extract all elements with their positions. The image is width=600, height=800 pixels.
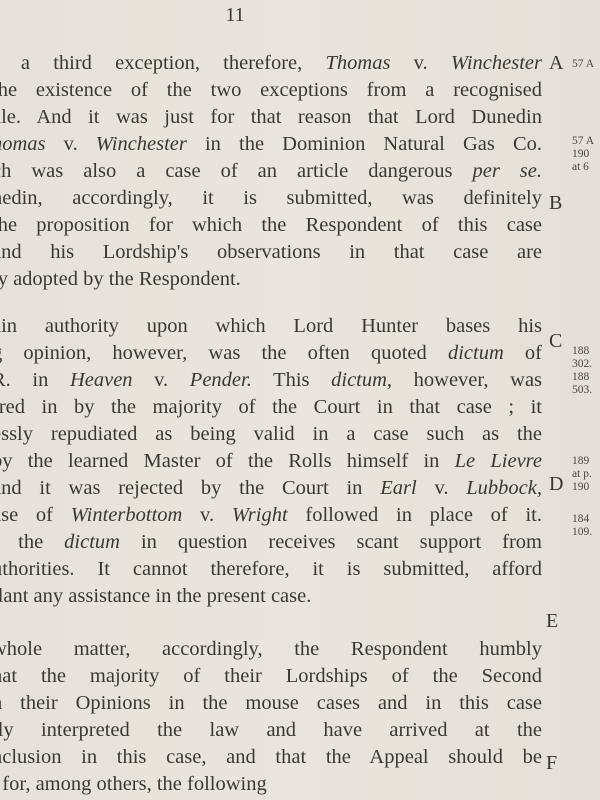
text-line: whole matter, accordingly, the Responden… — [0, 636, 542, 663]
text-run: , for, among others, the following — [0, 773, 267, 795]
case-name-italic: Thomas — [325, 52, 390, 74]
case-name-italic: Winterbottom — [71, 504, 183, 526]
text-line: g opinion, however, was the often quoted… — [0, 340, 542, 367]
case-name-italic: per se. — [472, 160, 542, 182]
case-name-italic: Heaven — [70, 369, 133, 391]
text-line: and it was rejected by the Court in Earl… — [0, 475, 542, 502]
text-line: ase of Winterbottom v. Wright followed i… — [0, 502, 542, 529]
text-run: in the Dominion Natural Gas Co. — [187, 133, 542, 155]
text-line: uthorities. It cannot therefore, it is s… — [0, 556, 542, 583]
text-line: hat the majority of their Lordships of t… — [0, 663, 542, 690]
text-line: ch was also a case of an article dangero… — [0, 158, 542, 185]
text-line: ly adopted by the Respondent. — [0, 266, 542, 293]
text-line: llant any assistance in the present case… — [0, 583, 542, 610]
text-line: , the dictum in question receives scant … — [0, 529, 542, 556]
margin-citation: 188 302. 188 503. — [572, 345, 592, 397]
text-run: v. — [182, 504, 232, 526]
scanned-document-page: 11 ; a third exception, therefore, Thoma… — [0, 0, 600, 800]
section-letter-a: A — [549, 52, 563, 75]
case-name-italic: Lubbock, — [466, 477, 542, 499]
margin-citation: 57 A — [572, 58, 594, 71]
text-run: ; a third exception, therefore, — [0, 52, 325, 74]
text-run: ch was also a case of an article dangero… — [0, 160, 472, 182]
text-run: v. — [133, 369, 190, 391]
text-run: and his Lordship's observations in that … — [0, 241, 542, 263]
case-name-italic: homas — [0, 133, 46, 155]
text-run: whole matter, accordingly, the Responden… — [0, 638, 542, 660]
section-letter-b: B — [549, 192, 562, 215]
margin-citation: 57 A 190 at 6 — [572, 135, 594, 174]
section-letter-c: C — [549, 330, 562, 353]
text-run: in question receives scant support from — [120, 531, 542, 553]
page-number: 11 — [0, 4, 470, 27]
text-run: followed in place of it. — [288, 504, 542, 526]
case-name-italic: Earl — [380, 477, 416, 499]
text-run: v. — [390, 52, 450, 74]
text-line: by the learned Master of the Rolls himse… — [0, 448, 542, 475]
text-run: This — [252, 369, 331, 391]
case-name-italic: Le Lievre — [455, 450, 542, 472]
text-line: nedin, accordingly, it is submitted, was… — [0, 185, 542, 212]
text-run: the proposition for which the Respondent… — [0, 214, 542, 236]
text-line: the proposition for which the Respondent… — [0, 212, 542, 239]
text-run: ly adopted by the Respondent. — [0, 268, 241, 290]
text-line: the existence of the two exceptions from… — [0, 77, 542, 104]
case-name-italic: dictum — [64, 531, 120, 553]
case-name-italic: Pender. — [190, 369, 252, 391]
case-name-italic: Winchester — [96, 133, 187, 155]
text-run: ain authority upon which Lord Hunter bas… — [0, 315, 542, 337]
text-run: essly repudiated as being valid in a cas… — [0, 423, 542, 445]
text-run: R. in — [0, 369, 70, 391]
text-run: by the learned Master of the Rolls himse… — [0, 450, 455, 472]
text-line: essly repudiated as being valid in a cas… — [0, 421, 542, 448]
margin-citation: 184 109. — [572, 513, 592, 539]
case-name-italic: Wright — [232, 504, 288, 526]
text-line: homas v. Winchester in the Dominion Natu… — [0, 131, 542, 158]
case-name-italic: Winchester — [451, 52, 542, 74]
text-line: n their Opinions in the mouse cases and … — [0, 690, 542, 717]
text-run: ale. And it was just for that reason tha… — [0, 106, 542, 128]
text-run: uthorities. It cannot therefore, it is s… — [0, 558, 542, 580]
text-run: however, was — [392, 369, 542, 391]
text-run: nedin, accordingly, it is submitted, was… — [0, 187, 542, 209]
text-line: ale. And it was just for that reason tha… — [0, 104, 542, 131]
text-run: the existence of the two exceptions from… — [0, 79, 542, 101]
text-run: g opinion, however, was the often quoted — [0, 342, 448, 364]
text-run: v. — [417, 477, 467, 499]
text-run: hat the majority of their Lordships of t… — [0, 665, 542, 687]
text-line: ; a third exception, therefore, Thomas v… — [0, 50, 542, 77]
case-name-italic: dictum, — [331, 369, 392, 391]
text-run: n their Opinions in the mouse cases and … — [0, 692, 542, 714]
text-line: nclusion in this case, and that the Appe… — [0, 744, 542, 771]
text-run: rred in by the majority of the Court in … — [0, 396, 542, 418]
text-line: and his Lordship's observations in that … — [0, 239, 542, 266]
text-line: , for, among others, the following — [0, 771, 542, 798]
text-run: tly interpreted the law and have arrived… — [0, 719, 542, 741]
text-run: of — [504, 342, 542, 364]
text-run: , the — [0, 531, 64, 553]
margin-citation: 189 at p. 190 — [572, 455, 592, 494]
text-run: llant any assistance in the present case… — [0, 585, 311, 607]
text-line: ain authority upon which Lord Hunter bas… — [0, 313, 542, 340]
section-letter-f: F — [546, 752, 557, 775]
text-run: and it was rejected by the Court in — [0, 477, 380, 499]
section-letter-d: D — [549, 473, 563, 496]
text-run: ase of — [0, 504, 71, 526]
text-line: rred in by the majority of the Court in … — [0, 394, 542, 421]
text-run: nclusion in this case, and that the Appe… — [0, 746, 542, 768]
text-run: v. — [46, 133, 96, 155]
text-line: tly interpreted the law and have arrived… — [0, 717, 542, 744]
case-name-italic: dictum — [448, 342, 504, 364]
text-line: R. in Heaven v. Pender. This dictum, how… — [0, 367, 542, 394]
section-letter-e: E — [546, 610, 558, 633]
